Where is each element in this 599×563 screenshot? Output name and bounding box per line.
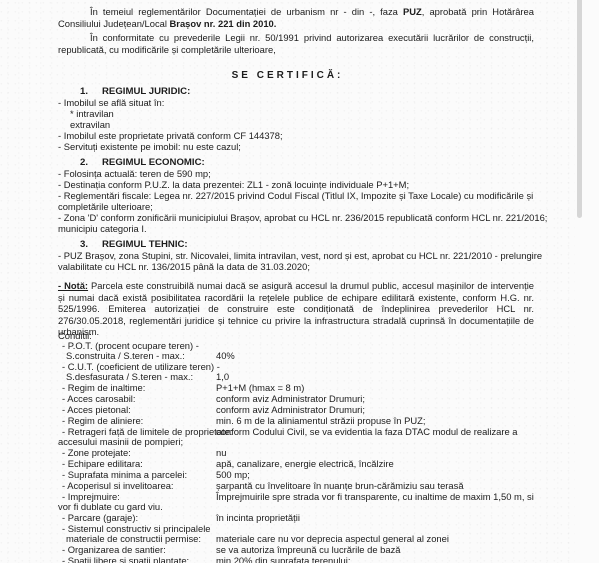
note-label: - Notă: — [58, 280, 88, 291]
document-page: În temeiul reglementărilor Documentației… — [0, 0, 575, 563]
intro-hcl-ref: Brașov nr. 221 din 2010. — [170, 18, 277, 29]
condition-label: materiale de constructii permise: — [66, 533, 201, 545]
condition-value: min 20% din suprafața terenului; — [216, 555, 350, 563]
condition-label: - Acoperisul si invelitoarea: — [62, 480, 174, 492]
economic-line: - Zona 'D' conform zonificării municipiu… — [58, 212, 547, 224]
condition-label: - Parcare (garaje): — [62, 512, 138, 524]
juridic-line: - Imobilul se află situat în: — [58, 97, 164, 109]
condition-value: apă, canalizare, energie electrică, încă… — [216, 458, 394, 470]
section-number: 3. — [80, 239, 102, 251]
certificate-title: SE CERTIFICĂ: — [0, 70, 575, 82]
condition-value: 40% — [216, 350, 235, 362]
section-heading-juridic: 1.REGIMUL JURIDIC: — [80, 86, 190, 98]
economic-line: - Destinația conform P.U.Z. la data prez… — [58, 179, 409, 191]
economic-line: - Reglementări fiscale: Legea nr. 227/20… — [58, 190, 533, 202]
economic-line: municipiu categoria I. — [58, 223, 147, 235]
condition-value: se va autoriza împreună cu lucrările de … — [216, 544, 400, 556]
juridic-line: - Servituți existente pe imobil: nu este… — [58, 141, 241, 153]
condition-value: conform aviz Administrator Drumuri; — [216, 393, 365, 405]
condition-label: - Zone protejate: — [62, 447, 131, 459]
section-heading-tehnic: 3.REGIMUL TEHNIC: — [80, 239, 188, 251]
condition-value: materiale care nu vor deprecia aspectul … — [216, 533, 449, 545]
condition-value: Împrejmuirile spre strada vor fi transpa… — [216, 491, 534, 503]
section-title: REGIMUL ECONOMIC: — [102, 157, 205, 168]
section-title: REGIMUL JURIDIC: — [102, 86, 190, 97]
section-title: REGIMUL TEHNIC: — [102, 239, 188, 250]
intro-paragraph-2: În conformitate cu prevederile Legii nr.… — [58, 32, 534, 55]
section-number: 1. — [80, 86, 102, 98]
intro-paragraph-1: În temeiul reglementărilor Documentației… — [58, 6, 534, 29]
condition-value: nu — [216, 447, 226, 459]
condition-label: - Acces carosabil: — [62, 393, 135, 405]
condition-value: 500 mp; — [216, 469, 250, 481]
condition-label: vor fi dublate cu gard viu. — [58, 501, 163, 513]
scrollbar-thumb[interactable] — [577, 0, 582, 218]
condition-value: în incinta proprietății — [216, 512, 300, 524]
economic-line: completările ulterioare; — [58, 201, 153, 213]
intro-text: În temeiul reglementărilor Documentației… — [90, 6, 403, 17]
condition-label: - Echipare edilitara: — [62, 458, 143, 470]
condition-label: - Organizarea de santier: — [62, 544, 166, 556]
condition-label: S.desfasurata / S.teren - max.: — [66, 371, 193, 383]
juridic-line: extravilan — [62, 119, 110, 131]
condition-value: 1,0 — [216, 371, 229, 383]
condition-label: accesului masinii de pompieri; — [58, 436, 183, 448]
economic-line: - Folosința actuală: teren de 590 mp; — [58, 168, 211, 180]
section-number: 2. — [80, 157, 102, 169]
condition-value: conform aviz Administrator Drumuri; — [216, 404, 365, 416]
condition-label: - Spații libere și spații plantate: — [62, 555, 189, 563]
juridic-line: * intravilan — [62, 108, 114, 120]
juridic-line: - Imobilul este proprietate privată conf… — [58, 130, 283, 142]
section-heading-economic: 2.REGIMUL ECONOMIC: — [80, 157, 205, 169]
condition-label: - Suprafata minima a parcelei: — [62, 469, 187, 481]
condition-value: min. 6 m de la aliniamentul străzii prop… — [216, 415, 425, 427]
condition-label: - Regim de aliniere: — [62, 415, 143, 427]
condition-value: șarpantă cu învelitoare în nuanțe brun-c… — [216, 480, 464, 492]
condition-label: S.construita / S.teren - max.: — [66, 350, 185, 362]
condition-label: - Regim de inaltime: — [62, 382, 145, 394]
tehnic-line: - PUZ Brașov, zona Stupini, str. Nicoval… — [58, 250, 542, 262]
scrollbar-track[interactable] — [575, 0, 599, 563]
tehnic-line: valabilitate cu HCL nr. 136/2015 până la… — [58, 261, 310, 273]
note-text: Parcela este construibilă numai dacă se … — [58, 280, 534, 337]
note-paragraph: - Notă: Parcela este construibilă numai … — [58, 280, 534, 338]
intro-puz: PUZ — [403, 6, 422, 17]
condition-label: - Acces pietonal: — [62, 404, 131, 416]
condition-value: P+1+M (hmax = 8 m) — [216, 382, 304, 394]
condition-value: conform Codului Civil, se va evidentia l… — [216, 426, 518, 438]
